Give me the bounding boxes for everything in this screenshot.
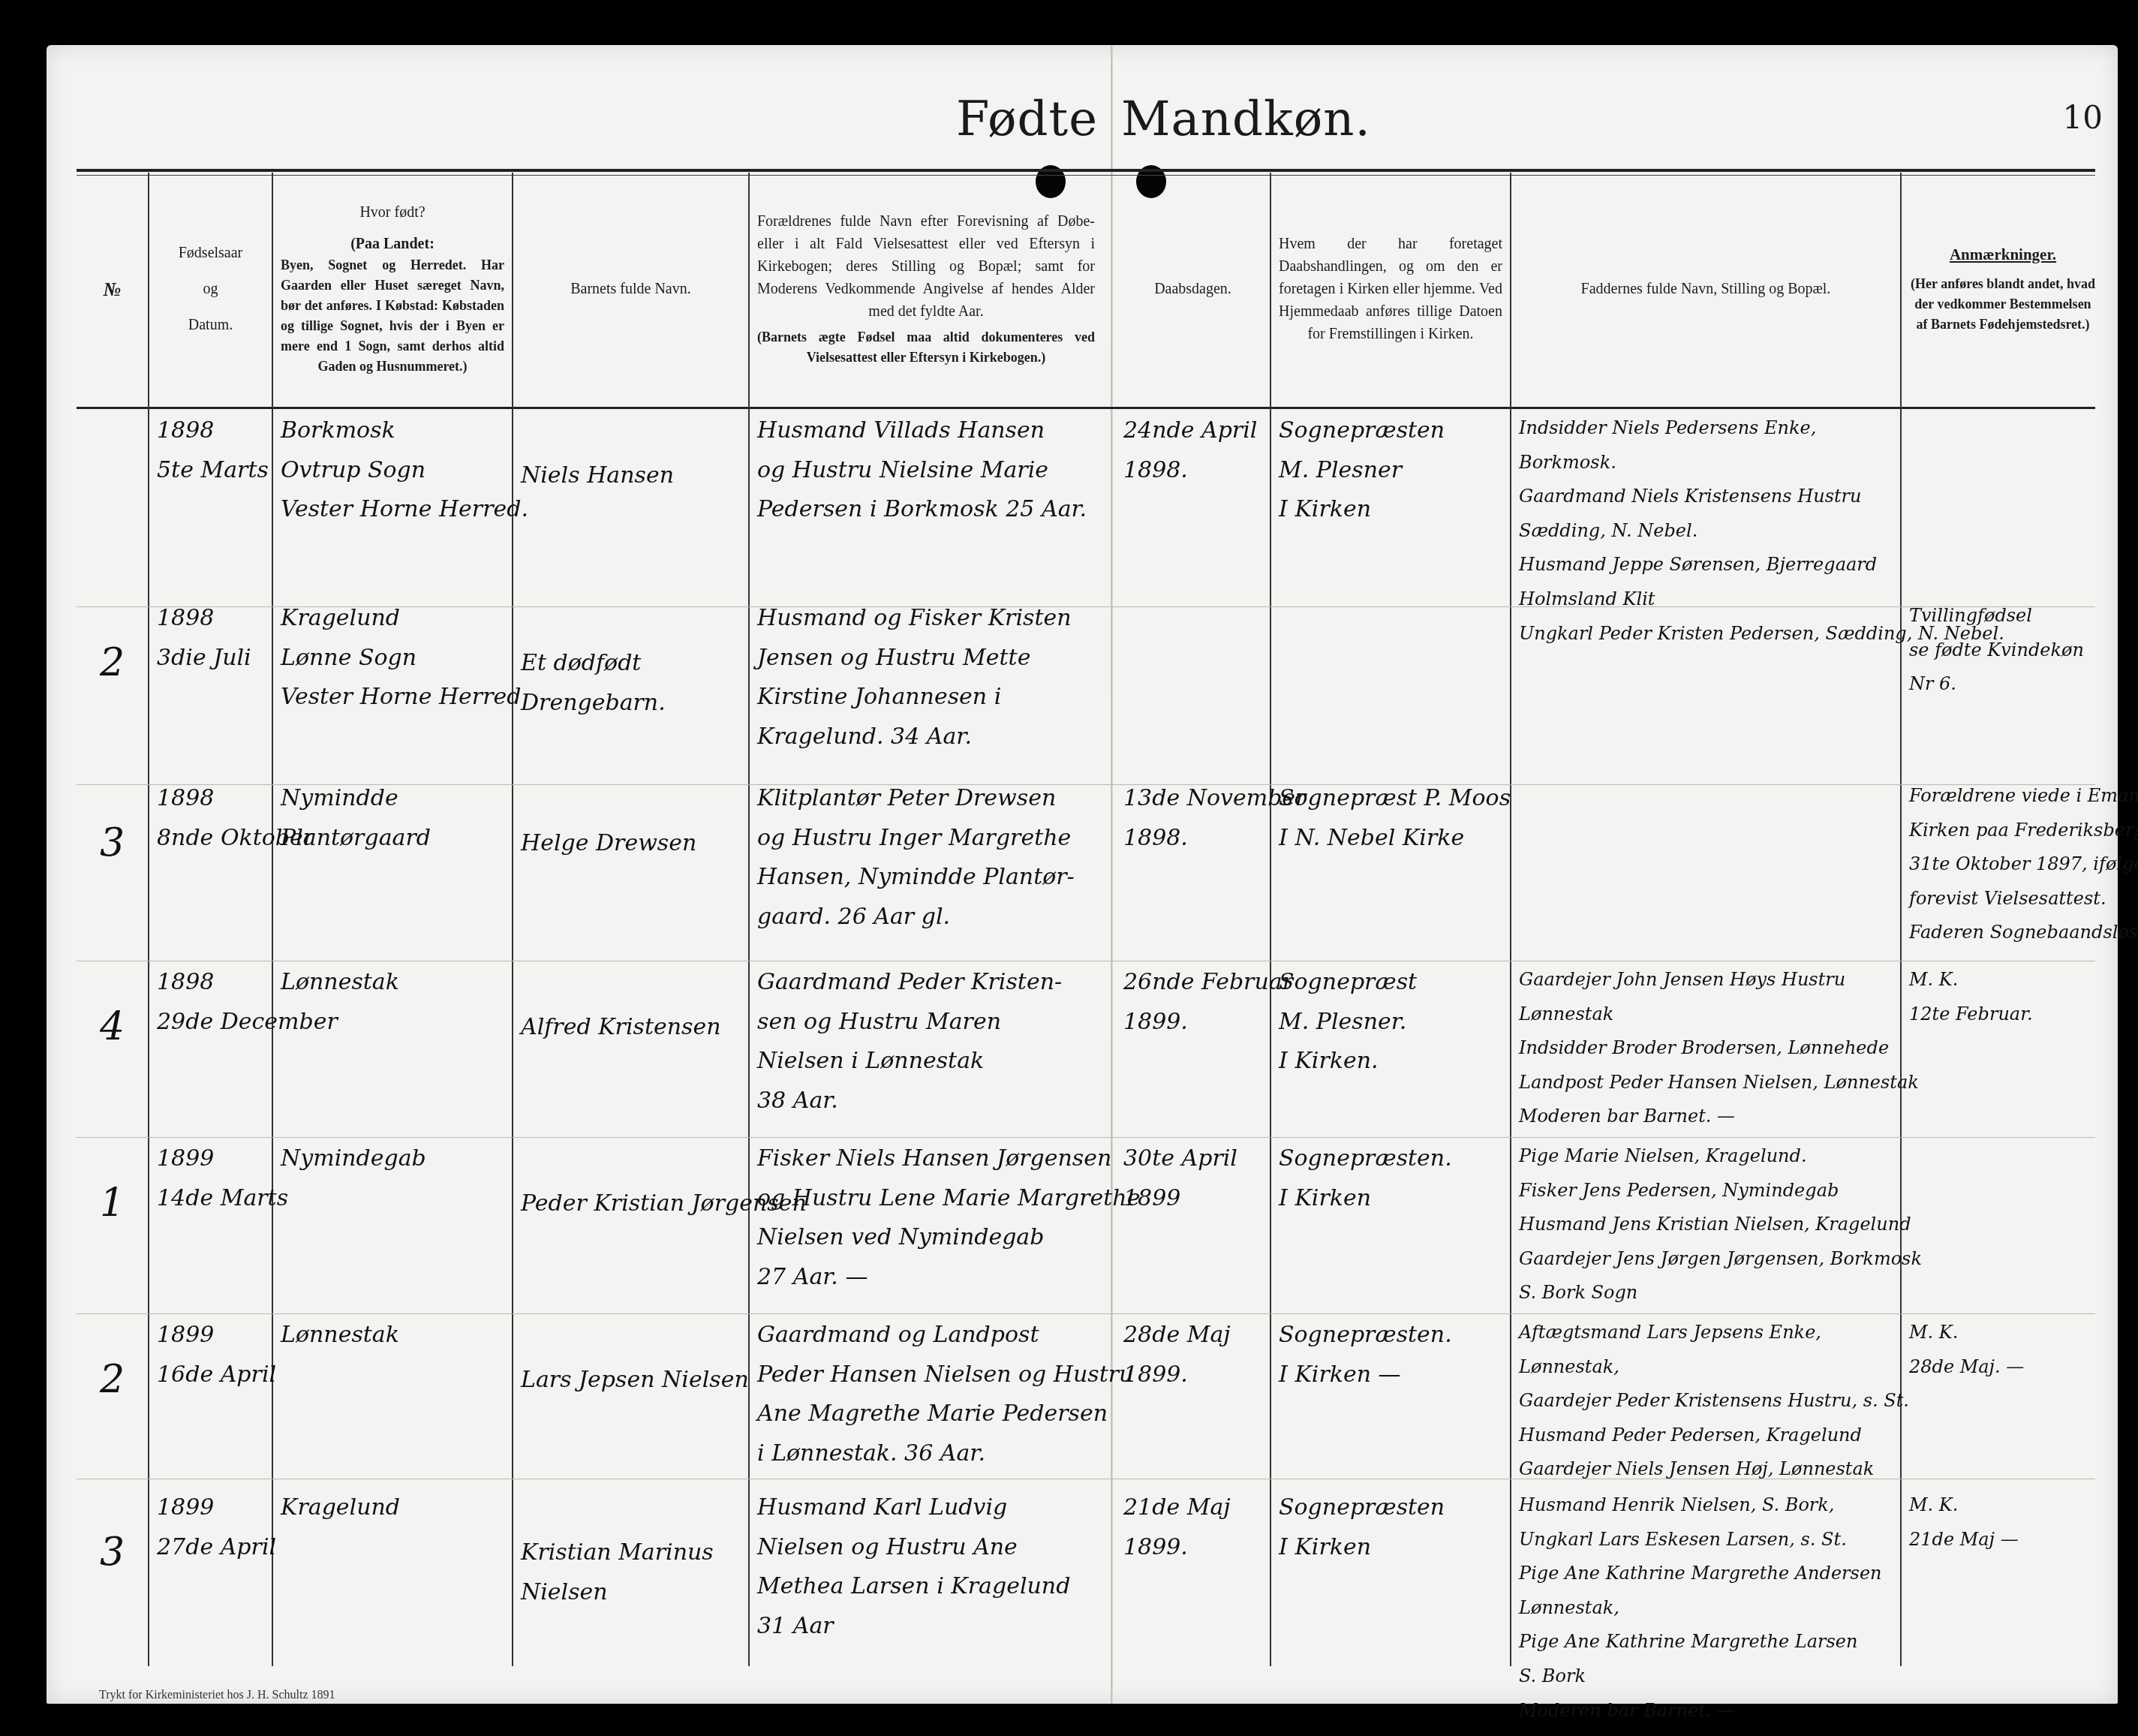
entry-line: 1899. [1123,1528,1262,1568]
entry-line: Methea Larsen i Kragelund [757,1567,1102,1607]
entry-line: M. Plesner. [1279,1003,1502,1043]
entry-line: 5te Marts [157,451,264,491]
entry-line: Hansen, Nymindde Plantør- [757,858,1102,898]
entry-parents: Fisker Niels Hansen Jørgensenog Hustru L… [750,1139,1110,1297]
entry-line: 1898 [157,599,264,639]
entry-line: Pedersen i Borkmosk 25 Aar. [757,490,1102,530]
entry-line: S. Bork Sogn [1519,1276,1893,1310]
header-child: Barnets fulde Navn. [513,176,748,402]
header-nr: № [77,176,148,402]
entry-child: Niels Hansen [513,456,748,496]
page-number: 10 [2063,99,2103,136]
entry-line: Klitplantør Peter Drewsen [757,779,1102,819]
entry-birth: 189914de Marts [149,1139,272,1218]
entry-baptism-date: 13de November1898. [1116,779,1270,858]
entry-line: Ane Magrethe Marie Pedersen [757,1395,1102,1434]
entry-godparents: Indsidder Niels Pedersens Enke,Borkmosk.… [1511,411,1900,651]
entry-line: Sognepræst P. Moos [1279,779,1502,819]
entry-line: Gaardejer John Jensen Høys Hustru [1519,963,1893,997]
entry-baptism-date: 26nde Februar1899. [1116,963,1270,1042]
entry-line: 1899. [1123,1355,1262,1395]
row-divider [77,1137,2095,1138]
entry-line: 31te Oktober 1897, ifølge [1909,847,2104,882]
entry-baptizer: SognepræstM. Plesner.I Kirken. [1271,963,1510,1082]
entry-line: Plantørgaard [281,819,504,859]
entry-line: og Hustru Lene Marie Margrethe [757,1179,1102,1219]
entry-child: Peder Kristian Jørgensen [513,1184,748,1224]
entry-line: Kristian Marinus [521,1533,741,1573]
entry-birth: 18985te Marts [149,411,272,490]
entry-line: I Kirken [1279,1528,1502,1568]
title-left: Fødte [956,92,1098,147]
entry-line: M. K. [1909,1488,2104,1523]
entry-nr: 3 [77,809,148,877]
entry-parents: Gaardmand Peder Kristen-sen og Hustru Ma… [750,963,1110,1121]
entry-line: Jensen og Hustru Mette [757,639,1102,678]
entry-line: 16de April [157,1355,264,1395]
entry-place: Lønnestak [273,1316,512,1355]
entry-line: Alfred Kristensen [521,1008,741,1048]
entry-nr: 3 [77,1518,148,1587]
entry-line: Nymindde [281,779,504,819]
entry-line: 1898 [157,779,264,819]
entry-line: Sognepræsten [1279,411,1502,451]
entry-line: Gaardmand og Landpost [757,1316,1102,1355]
entry-line: Kragelund [281,599,504,639]
entry-line: 1898. [1123,451,1262,491]
entry-line: 27 Aar. — [757,1258,1102,1298]
entry-line: Lønnestak, [1519,1591,1893,1626]
entry-line: og Hustru Nielsine Marie [757,451,1102,491]
entry-line: 8nde Oktober [157,819,264,859]
page-fold [1111,45,1113,1704]
entry-line: Lønnestak [281,1316,504,1355]
entry-line: Moderen bar Barnet. — [1519,1694,1893,1728]
entry-godparents: Husmand Henrik Nielsen, S. Bork,Ungkarl … [1511,1488,1900,1728]
entry-line: forevist Vielsesattest. [1909,882,2104,916]
entry-line: Lars Jepsen Nielsen [521,1361,741,1401]
entry-baptism-date: 28de Maj1899. [1116,1316,1270,1395]
entry-line: Borkmosk. [1519,446,1893,480]
entry-nr: 1 [77,1169,148,1238]
entry-baptizer: SognepræstenM. PlesnerI Kirken [1271,411,1510,530]
entry-birth: 189916de April [149,1316,272,1395]
entry-line: Ungkarl Lars Eskesen Larsen, s. St. [1519,1523,1893,1557]
entry-line: Nielsen [521,1573,741,1613]
entry-line: 3die Juli [157,639,264,678]
entry-line: 1899 [1123,1179,1262,1219]
entry-line: 14de Marts [157,1179,264,1219]
entry-line: 38 Aar. [757,1082,1102,1121]
entry-line: 24nde April [1123,411,1262,451]
entry-line: Pige Ane Kathrine Margrethe Larsen [1519,1625,1893,1659]
entry-line: 1898 [157,411,264,451]
entry-line: 1899. [1123,1003,1262,1043]
entry-birth: 18983die Juli [149,599,272,678]
entry-line: 1899 [157,1139,264,1179]
entry-child: Lars Jepsen Nielsen [513,1361,748,1401]
entry-baptizer: Sognepræst P. MoosI N. Nebel Kirke [1271,779,1510,858]
entry-line: Gaardejer Jens Jørgen Jørgensen, Borkmos… [1519,1242,1893,1277]
entry-line: Sædding, N. Nebel. [1519,514,1893,549]
entry-child: Et dødfødtDrengebarn. [513,644,748,723]
entry-line: Nymindegab [281,1139,504,1179]
entry-line: Gaardejer Peder Kristensens Hustru, s. S… [1519,1384,1893,1419]
entry-line: Husmand Karl Ludvig [757,1488,1102,1528]
entry-line: Et dødfødt [521,644,741,684]
entry-place: Kragelund [273,1488,512,1528]
entry-remarks: Forældrene viede i EmanuelsKirken paa Fr… [1902,779,2112,950]
entry-line: Husmand Villads Hansen [757,411,1102,451]
entry-baptizer: SognepræstenI Kirken [1271,1488,1510,1567]
entry-line: Husmand Peder Pedersen, Kragelund [1519,1419,1893,1453]
entry-line: Forældrene viede i Emanuels [1909,779,2104,814]
entry-place: NyminddePlantørgaard [273,779,512,858]
entry-line: I Kirken. [1279,1042,1502,1082]
entry-line: Sognepræsten. [1279,1139,1502,1179]
entry-line: Lønnestak [281,963,504,1003]
entry-place: Lønnestak [273,963,512,1003]
entry-line: Pige Ane Kathrine Margrethe Andersen [1519,1557,1893,1591]
entry-parents: Husmand Karl LudvigNielsen og Hustru Ane… [750,1488,1110,1646]
entry-line: Moderen bar Barnet. — [1519,1100,1893,1134]
entry-line: Husmand Jens Kristian Nielsen, Kragelund [1519,1208,1893,1242]
entry-godparents: Gaardejer John Jensen Høys HustruLønnest… [1511,963,1900,1134]
header-godparents: Faddernes fulde Navn, Stilling og Bopæl. [1511,176,1900,402]
entry-baptizer: Sognepræsten.I Kirken — [1271,1316,1510,1395]
entry-line: 29de December [157,1003,264,1043]
register-page: Fødte Mandkøn. 10 № Fødselsaar og Datum.… [47,45,2118,1704]
entry-line: Pige Marie Nielsen, Kragelund. [1519,1139,1893,1174]
entry-line: 1898. [1123,819,1262,859]
entry-line: 27de April [157,1528,264,1568]
entry-line: 13de November [1123,779,1262,819]
entry-line: Kirken paa Frederiksberg den [1909,814,2104,848]
entry-line: sen og Hustru Maren [757,1003,1102,1043]
entry-line: Lønnestak, [1519,1350,1893,1385]
entry-remarks: M. K.28de Maj. — [1902,1316,2112,1384]
entry-line: 28de Maj. — [1909,1350,2104,1385]
entry-child: Helge Drewsen [513,824,748,864]
entry-place: Nymindegab [273,1139,512,1179]
entry-baptizer: Sognepræsten.I Kirken [1271,1139,1510,1218]
entry-line: Lønne Sogn [281,639,504,678]
entry-line: Tvillingfødsel [1909,599,2104,633]
entry-godparents: Aftægtsmand Lars Jepsens Enke,Lønnestak,… [1511,1316,1900,1487]
entry-line: I Kirken [1279,490,1502,530]
entry-child: Kristian MarinusNielsen [513,1533,748,1612]
entry-godparents: Pige Marie Nielsen, Kragelund.Fisker Jen… [1511,1139,1900,1310]
entry-line: i Lønnestak. 36 Aar. [757,1434,1102,1474]
header-place: Hvor født? (Paa Landet: Byen, Sognet og … [273,176,512,402]
header-parents: Forældrenes fulde Navn efter Forevisning… [750,176,1102,402]
header-rule [77,407,2095,409]
entry-remarks: M. K.12te Februar. [1902,963,2112,1031]
entry-baptism-date: 24nde April1898. [1116,411,1270,490]
entry-line: 1898 [157,963,264,1003]
entry-remarks: M. K.21de Maj — [1902,1488,2112,1557]
entry-line: Vester Horne Herred. [281,490,504,530]
entry-line: Nielsen og Hustru Ane [757,1528,1102,1568]
entry-birth: 18988nde Oktober [149,779,272,858]
entry-line: Sognepræsten [1279,1488,1502,1528]
entry-parents: Klitplantør Peter Drewsenog Hustru Inger… [750,779,1110,937]
entry-parents: Husmand og Fisker KristenJensen og Hustr… [750,599,1110,757]
entry-line: og Hustru Inger Margrethe [757,819,1102,859]
entry-line: Nielsen ved Nymindegab [757,1218,1102,1258]
entry-birth: 189829de December [149,963,272,1042]
entry-line: Gaardmand Niels Kristensens Hustru [1519,480,1893,514]
entry-nr: 4 [77,993,148,1061]
entry-line: 12te Februar. [1909,997,2104,1032]
entry-line: Helge Drewsen [521,824,741,864]
entry-remarks: Tvillingfødselse fødte KvindekønNr 6. [1902,599,2112,702]
entry-line: Kirstine Johannesen i [757,678,1102,718]
entry-line: Holmsland Klit [1519,582,1893,617]
entry-line: Drengebarn. [521,684,741,724]
entry-line: Ungkarl Peder Kristen Pedersen, Sædding,… [1519,617,1893,651]
entry-line: 30te April [1123,1139,1262,1179]
entry-line: Gaardmand Peder Kristen- [757,963,1102,1003]
entry-line: se fødte Kvindekøn [1909,633,2104,668]
entry-line: Vester Horne Herred [281,678,504,718]
entry-line: M. K. [1909,963,2104,997]
entry-line: 1899 [157,1488,264,1528]
entry-baptism-date: 21de Maj1899. [1116,1488,1270,1567]
entry-parents: Husmand Villads Hansenog Hustru Nielsine… [750,411,1110,530]
entry-line: M. Plesner [1279,451,1502,491]
entry-line: Ovtrup Sogn [281,451,504,491]
entry-line: 21de Maj — [1909,1523,2104,1557]
entry-line: Nielsen i Lønnestak [757,1042,1102,1082]
entry-line: I Kirken [1279,1179,1502,1219]
entry-line: Kragelund. 34 Aar. [757,718,1102,757]
top-rule [77,169,2095,176]
entry-birth: 189927de April [149,1488,272,1567]
entry-line: Husmand Henrik Nielsen, S. Bork, [1519,1488,1893,1523]
entry-line: 26nde Februar [1123,963,1262,1003]
entry-line: Indsidder Broder Brodersen, Lønnehede [1519,1031,1893,1066]
entry-line: gaard. 26 Aar gl. [757,898,1102,937]
entry-line: Borkmosk [281,411,504,451]
entry-line: Faderen Sognebaandsløser. [1909,916,2104,950]
entry-line: Fisker Niels Hansen Jørgensen [757,1139,1102,1179]
entry-line: Sognepræsten. [1279,1316,1502,1355]
header-birth: Fødselsaar og Datum. [149,176,272,402]
entry-line: Kragelund [281,1488,504,1528]
entry-line: Indsidder Niels Pedersens Enke, [1519,411,1893,446]
entry-line: Peder Kristian Jørgensen [521,1184,741,1224]
entry-line: 31 Aar [757,1607,1102,1647]
entry-line: I Kirken — [1279,1355,1502,1395]
entry-line: Husmand Jeppe Sørensen, Bjerregaard [1519,548,1893,582]
entry-parents: Gaardmand og LandpostPeder Hansen Nielse… [750,1316,1110,1473]
row-divider [77,1313,2095,1314]
entry-line: Nr 6. [1909,667,2104,702]
entry-line: Niels Hansen [521,456,741,496]
entry-line: Lønnestak [1519,997,1893,1032]
entry-line: Gaardejer Niels Jensen Høj, Lønnestak [1519,1452,1893,1487]
printer-imprint: Trykt for Kirkeministeriet hos J. H. Sch… [99,1689,335,1702]
entry-line: 1899 [157,1316,264,1355]
entry-line: 21de Maj [1123,1488,1262,1528]
entry-line: S. Bork [1519,1659,1893,1694]
title-right: Mandkøn. [1121,92,1371,147]
header-baptism-date: Daabsdagen. [1116,176,1270,402]
header-baptizer: Hvem der har foretaget Daabshandlingen, … [1271,176,1510,402]
entry-line: Husmand og Fisker Kristen [757,599,1102,639]
entry-nr: 2 [77,1346,148,1414]
entry-line: Sognepræst [1279,963,1502,1003]
entry-child: Alfred Kristensen [513,1008,748,1048]
entry-line: 28de Maj [1123,1316,1262,1355]
entry-line: Fisker Jens Pedersen, Nymindegab [1519,1174,1893,1208]
header-remarks: Anmærkninger. (Her anføres blandt andet,… [1902,176,2104,402]
row-divider [77,961,2095,961]
entry-place: KragelundLønne SognVester Horne Herred [273,599,512,718]
entry-line: Peder Hansen Nielsen og Hustru [757,1355,1102,1395]
entry-line: Aftægtsmand Lars Jepsens Enke, [1519,1316,1893,1350]
entry-place: BorkmoskOvtrup SognVester Horne Herred. [273,411,512,530]
entry-line: M. K. [1909,1316,2104,1350]
entry-baptism-date: 30te April1899 [1116,1139,1270,1218]
entry-line: I N. Nebel Kirke [1279,819,1502,859]
entry-line: Landpost Peder Hansen Nielsen, Lønnestak [1519,1066,1893,1100]
entry-nr: 2 [77,629,148,697]
